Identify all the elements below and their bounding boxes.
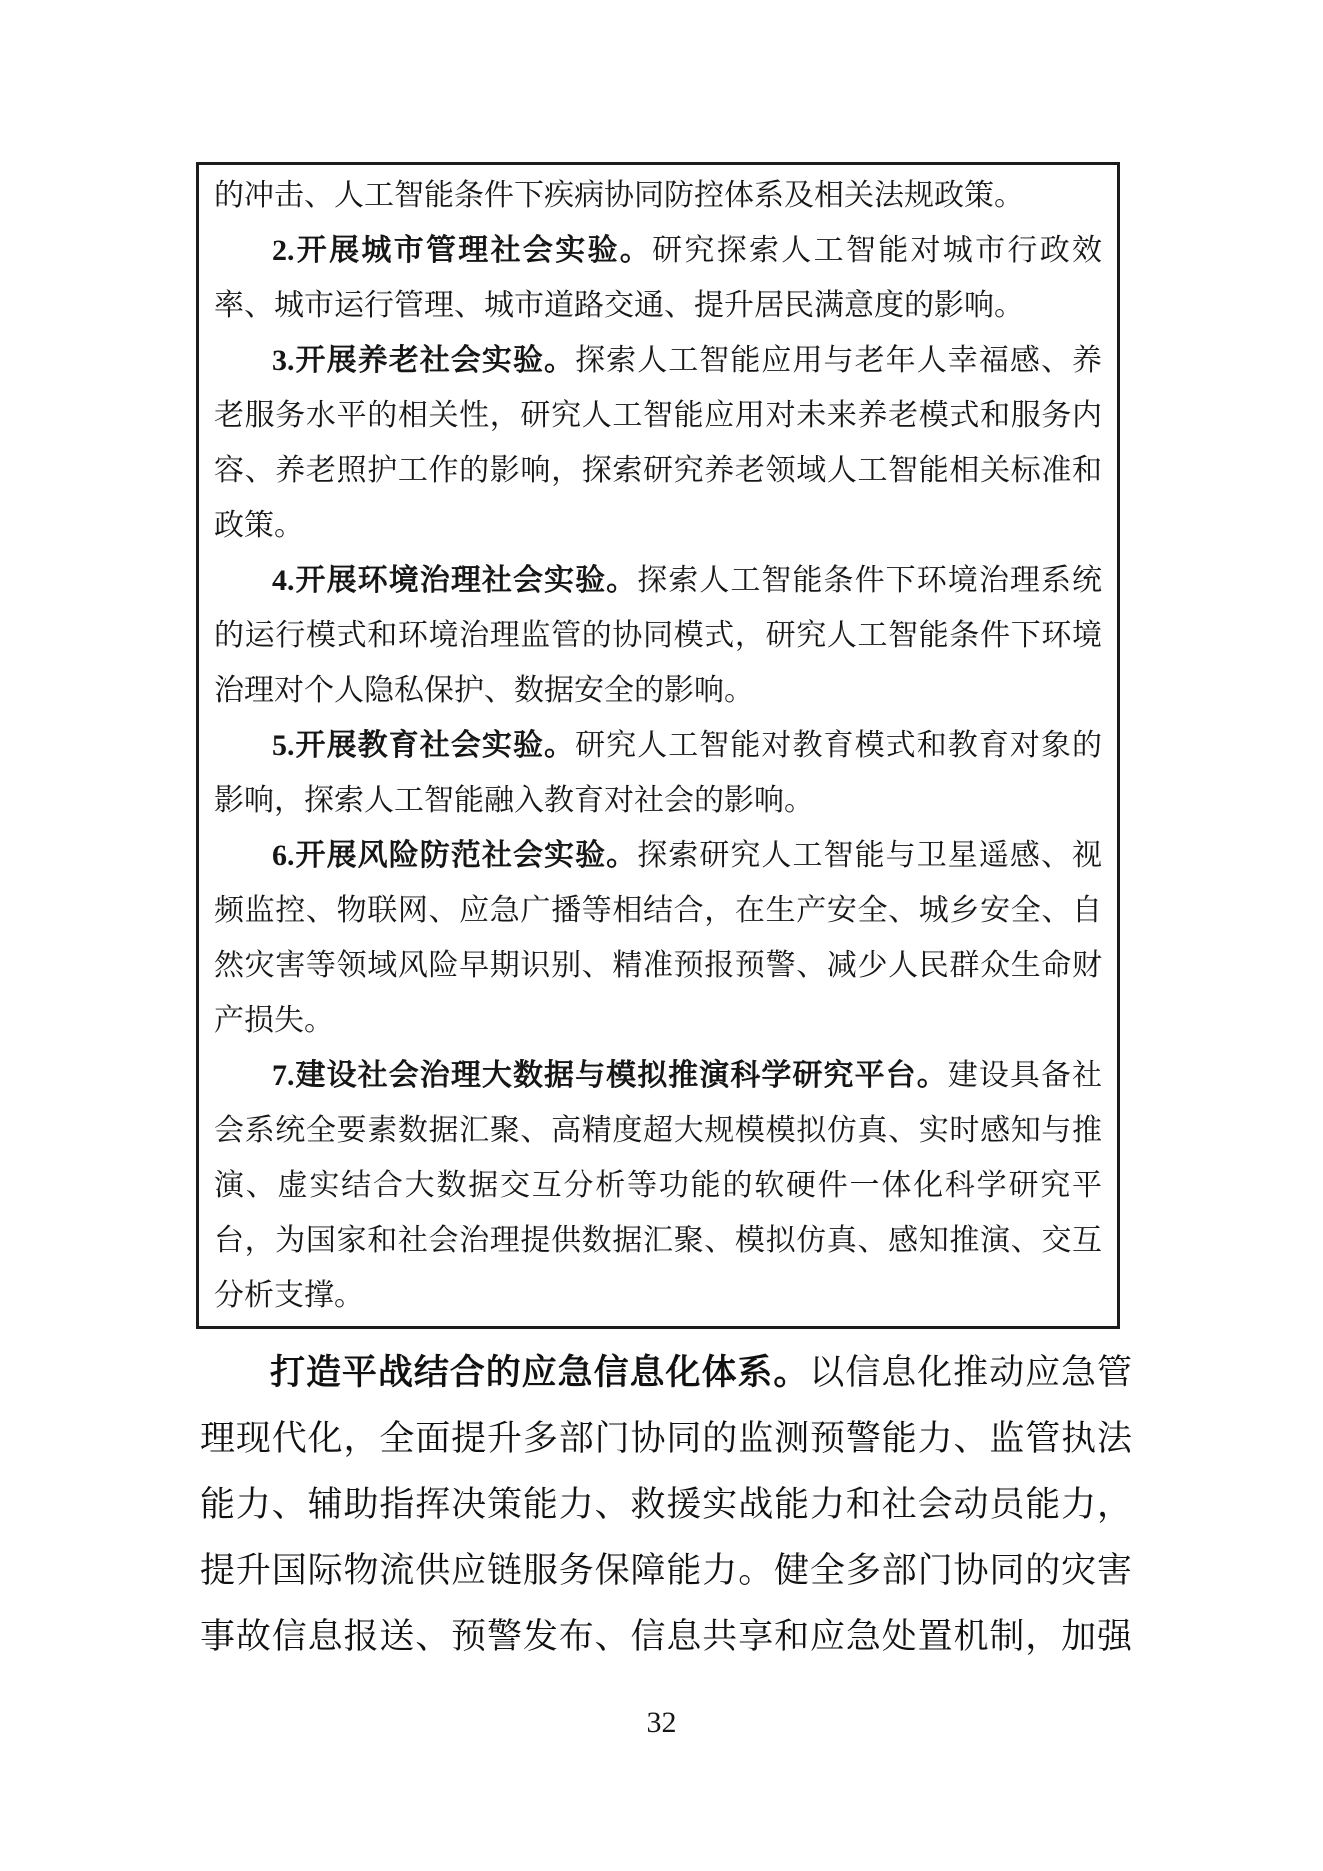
line-text: 探索人工智能条件下环境治理系统 <box>637 564 1102 597</box>
text-line: 7.建设社会治理大数据与模拟推演科学研究平台。建设具备社 <box>214 1048 1102 1103</box>
text-line: 率、城市运行管理、城市道路交通、提升居民满意度的影响。 <box>214 278 1102 333</box>
line-text: 研究人工智能对教育模式和教育对象的 <box>575 729 1102 762</box>
line-text: 老服务水平的相关性，研究人工智能应用对未来养老模式和服务内 <box>214 399 1102 432</box>
item-lead-bold: 6.开展风险防范社会实验。 <box>272 839 637 872</box>
line-text: 以信息化推动应急管 <box>809 1353 1132 1392</box>
text-line: 分析支撑。 <box>214 1268 1102 1323</box>
text-line: 治理对个人隐私保护、数据安全的影响。 <box>214 663 1102 718</box>
text-line: 演、虚实结合大数据交互分析等功能的软硬件一体化科学研究平 <box>214 1158 1102 1213</box>
text-line: 然灾害等领域风险早期识别、精准预报预警、减少人民群众生命财 <box>214 938 1102 993</box>
text-line: 3.开展养老社会实验。探索人工智能应用与老年人幸福感、养 <box>214 333 1102 388</box>
line-text: 的运行模式和环境治理监管的协同模式，研究人工智能条件下环境 <box>214 619 1102 652</box>
text-line: 事故信息报送、预警发布、信息共享和应急处置机制，加强 <box>200 1604 1132 1670</box>
body-paragraph: 打造平战结合的应急信息化体系。以信息化推动应急管理现代化，全面提升多部门协同的监… <box>200 1340 1132 1670</box>
item-lead-bold: 4.开展环境治理社会实验。 <box>272 564 637 597</box>
line-text: 政策。 <box>214 509 304 542</box>
item-lead-bold: 5.开展教育社会实验。 <box>272 729 575 762</box>
line-text: 事故信息报送、预警发布、信息共享和应急处置机制，加强 <box>200 1617 1132 1656</box>
line-text: 率、城市运行管理、城市道路交通、提升居民满意度的影响。 <box>214 289 1024 322</box>
line-text: 会系统全要素数据汇聚、高精度超大规模模拟仿真、实时感知与推 <box>214 1114 1102 1147</box>
item-lead-bold: 7.建设社会治理大数据与模拟推演科学研究平台。 <box>272 1059 948 1092</box>
line-text: 探索人工智能应用与老年人幸福感、养 <box>575 344 1102 377</box>
text-line: 4.开展环境治理社会实验。探索人工智能条件下环境治理系统 <box>214 553 1102 608</box>
line-text: 产损失。 <box>214 1004 334 1037</box>
line-text: 频监控、物联网、应急广播等相结合，在生产安全、城乡安全、自 <box>214 894 1102 927</box>
text-line: 频监控、物联网、应急广播等相结合，在生产安全、城乡安全、自 <box>214 883 1102 938</box>
text-line: 理现代化，全面提升多部门协同的监测预警能力、监管执法 <box>200 1406 1132 1472</box>
document-page: 的冲击、人工智能条件下疾病协同防控体系及相关法规政策。2.开展城市管理社会实验。… <box>0 0 1323 1871</box>
text-line: 产损失。 <box>214 993 1102 1048</box>
item-lead-bold: 2.开展城市管理社会实验。 <box>272 234 652 267</box>
text-line: 影响，探索人工智能融入教育对社会的影响。 <box>214 773 1102 828</box>
line-text: 影响，探索人工智能融入教育对社会的影响。 <box>214 784 814 817</box>
line-text: 容、养老照护工作的影响，探索研究养老领域人工智能相关标准和 <box>214 454 1102 487</box>
text-line: 打造平战结合的应急信息化体系。以信息化推动应急管 <box>200 1340 1132 1406</box>
page-number: 32 <box>0 1706 1323 1740</box>
text-line: 的冲击、人工智能条件下疾病协同防控体系及相关法规政策。 <box>214 168 1102 223</box>
line-text: 研究探索人工智能对城市行政效 <box>652 234 1102 267</box>
line-text: 然灾害等领域风险早期识别、精准预报预警、减少人民群众生命财 <box>214 949 1102 982</box>
line-text: 演、虚实结合大数据交互分析等功能的软硬件一体化科学研究平 <box>214 1169 1102 1202</box>
special-column-box: 的冲击、人工智能条件下疾病协同防控体系及相关法规政策。2.开展城市管理社会实验。… <box>196 162 1120 1329</box>
text-line: 的运行模式和环境治理监管的协同模式，研究人工智能条件下环境 <box>214 608 1102 663</box>
text-line: 台，为国家和社会治理提供数据汇聚、模拟仿真、感知推演、交互 <box>214 1213 1102 1268</box>
text-line: 6.开展风险防范社会实验。探索研究人工智能与卫星遥感、视 <box>214 828 1102 883</box>
text-line: 容、养老照护工作的影响，探索研究养老领域人工智能相关标准和 <box>214 443 1102 498</box>
line-text: 提升国际物流供应链服务保障能力。健全多部门协同的灾害 <box>200 1551 1132 1590</box>
line-text: 探索研究人工智能与卫星遥感、视 <box>637 839 1102 872</box>
line-text: 能力、辅助指挥决策能力、救援实战能力和社会动员能力， <box>200 1485 1132 1524</box>
text-line: 会系统全要素数据汇聚、高精度超大规模模拟仿真、实时感知与推 <box>214 1103 1102 1158</box>
line-text: 台，为国家和社会治理提供数据汇聚、模拟仿真、感知推演、交互 <box>214 1224 1102 1257</box>
item-lead-bold: 3.开展养老社会实验。 <box>272 344 575 377</box>
line-text: 分析支撑。 <box>214 1279 364 1312</box>
text-line: 能力、辅助指挥决策能力、救援实战能力和社会动员能力， <box>200 1472 1132 1538</box>
line-text: 的冲击、人工智能条件下疾病协同防控体系及相关法规政策。 <box>214 179 1024 212</box>
line-text: 治理对个人隐私保护、数据安全的影响。 <box>214 674 754 707</box>
text-line: 政策。 <box>214 498 1102 553</box>
line-text: 理现代化，全面提升多部门协同的监测预警能力、监管执法 <box>200 1419 1132 1458</box>
text-line: 老服务水平的相关性，研究人工智能应用对未来养老模式和服务内 <box>214 388 1102 443</box>
text-line: 5.开展教育社会实验。研究人工智能对教育模式和教育对象的 <box>214 718 1102 773</box>
text-line: 2.开展城市管理社会实验。研究探索人工智能对城市行政效 <box>214 223 1102 278</box>
item-lead-bold: 打造平战结合的应急信息化体系。 <box>270 1353 809 1392</box>
text-line: 提升国际物流供应链服务保障能力。健全多部门协同的灾害 <box>200 1538 1132 1604</box>
line-text: 建设具备社 <box>948 1059 1102 1092</box>
